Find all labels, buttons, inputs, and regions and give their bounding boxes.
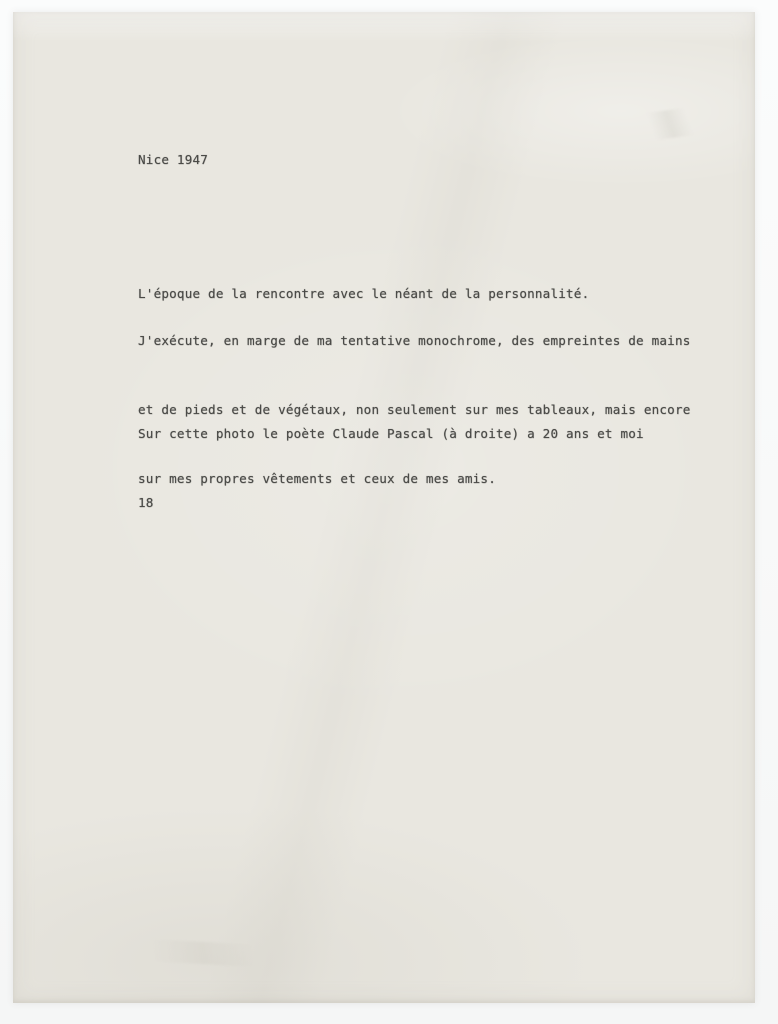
scan-background: Nice 1947 L'époque de la rencontre avec …	[0, 0, 778, 1024]
paper-crease-bottom	[73, 935, 334, 971]
paper-crease-top-right	[623, 104, 716, 144]
paper-sheet: Nice 1947 L'époque de la rencontre avec …	[13, 12, 755, 1003]
typed-line: 18	[138, 491, 644, 514]
typed-heading: Nice 1947	[138, 148, 208, 171]
typed-line: Sur cette photo le poète Claude Pascal (…	[138, 422, 644, 445]
typed-line: J'exécute, en marge de ma tentative mono…	[138, 329, 691, 352]
typed-paragraph-3: Sur cette photo le poète Claude Pascal (…	[138, 376, 644, 560]
